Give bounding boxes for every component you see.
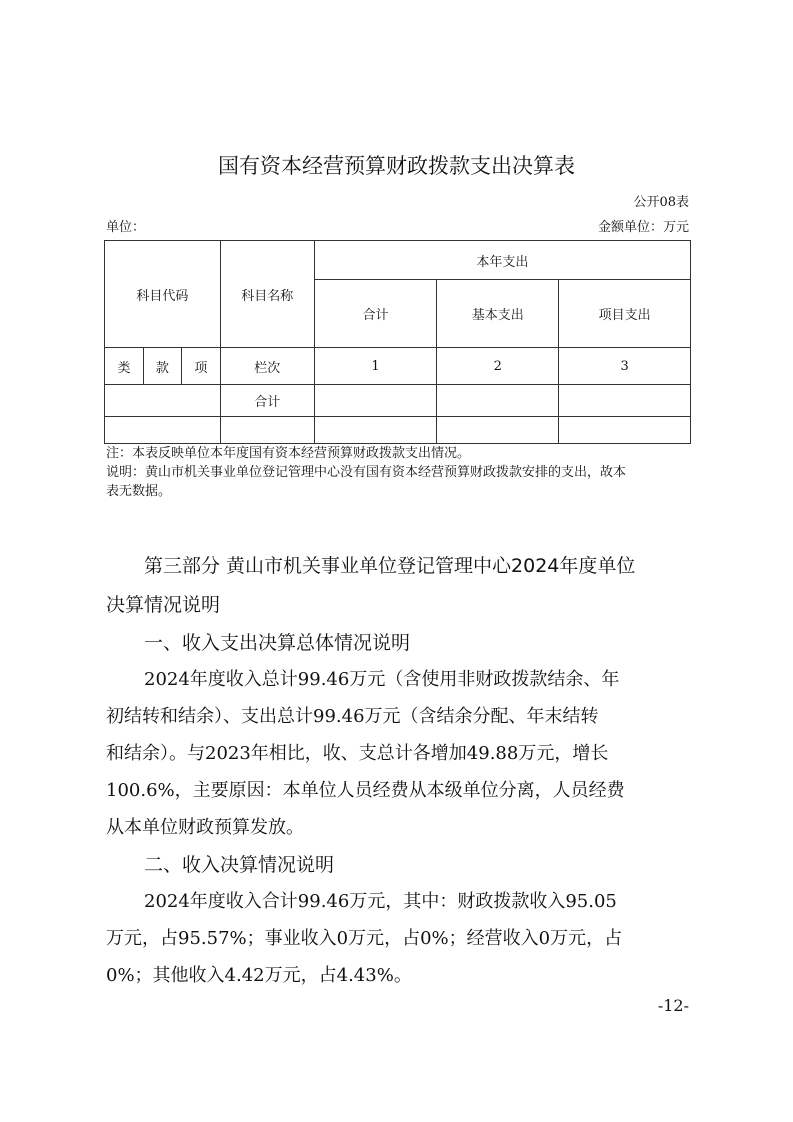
header-project: 项目支出 bbox=[559, 280, 691, 348]
row-total bbox=[314, 417, 437, 444]
row-code bbox=[105, 417, 221, 444]
header-column-index: 栏次 bbox=[220, 348, 314, 385]
row-basic bbox=[437, 417, 559, 444]
table-title: 国有资本经营预算财政拨款支出决算表 bbox=[0, 150, 793, 180]
paragraph-1-line: 和结余）。与2023年相比，收、支总计各增加49.88万元，增长 bbox=[106, 739, 608, 765]
paragraph-1-line: 初结转和结余）、支出总计99.46万元（含结余分配、年末结转 bbox=[106, 702, 599, 728]
paragraph-2-line: 万元，占95.57%；事业收入0万元，占0%；经营收入0万元，占 bbox=[106, 924, 622, 950]
subheading-2: 二、收入决算情况说明 bbox=[144, 850, 334, 877]
section-heading-line1: 第三部分 黄山市机关事业单位登记管理中心2024年度单位 bbox=[144, 551, 635, 578]
header-subject-code: 科目代码 bbox=[105, 241, 221, 348]
expenditure-table: 科目代码 科目名称 本年支出 合计 基本支出 项目支出 类 款 项 栏次 1 2… bbox=[104, 240, 691, 444]
table-explain-line1: 说明：黄山市机关事业单位登记管理中心没有国有资本经营预算财政拨款安排的支出，故本 bbox=[106, 464, 626, 482]
table-row bbox=[105, 417, 691, 444]
paragraph-1-line: 100.6%，主要原因：本单位人员经费从本级单位分离，人员经费 bbox=[106, 776, 625, 802]
paragraph-1-line: 从本单位财政预算发放。 bbox=[106, 813, 304, 839]
header-total: 合计 bbox=[314, 280, 437, 348]
table-note: 注：本表反映单位本年度国有资本经营预算财政拨款支出情况。 bbox=[106, 445, 470, 463]
row-code bbox=[105, 385, 221, 417]
table-explain-line2: 表无数据。 bbox=[106, 483, 171, 501]
subheading-1: 一、收入支出决算总体情况说明 bbox=[144, 628, 410, 655]
header-col3: 3 bbox=[559, 348, 691, 385]
paragraph-1-line: 2024年度收入总计99.46万元（含使用非财政拨款结余、年 bbox=[144, 665, 619, 691]
page-number: -12- bbox=[658, 996, 689, 1015]
table-code: 公开08表 bbox=[633, 191, 689, 210]
header-current-year-expenditure: 本年支出 bbox=[314, 241, 690, 280]
header-col2: 2 bbox=[437, 348, 559, 385]
row-total bbox=[314, 385, 437, 417]
header-lei: 类 bbox=[105, 348, 144, 385]
paragraph-2-line: 2024年度收入合计99.46万元，其中：财政拨款收入95.05 bbox=[144, 887, 617, 913]
header-xiang: 项 bbox=[181, 348, 220, 385]
header-kuan: 款 bbox=[143, 348, 181, 385]
paragraph-2-line: 0%；其他收入4.42万元，占4.43%。 bbox=[106, 961, 412, 987]
row-name: 合计 bbox=[220, 385, 314, 417]
section-heading-line2: 决算情况说明 bbox=[106, 590, 220, 617]
table-row: 合计 bbox=[105, 385, 691, 417]
header-basic: 基本支出 bbox=[437, 280, 559, 348]
row-name bbox=[220, 417, 314, 444]
unit-label: 单位： bbox=[106, 216, 145, 235]
amount-unit: 金额单位：万元 bbox=[598, 216, 689, 235]
row-project bbox=[559, 417, 691, 444]
header-col1: 1 bbox=[314, 348, 437, 385]
row-basic bbox=[437, 385, 559, 417]
row-project bbox=[559, 385, 691, 417]
header-subject-name: 科目名称 bbox=[220, 241, 314, 348]
